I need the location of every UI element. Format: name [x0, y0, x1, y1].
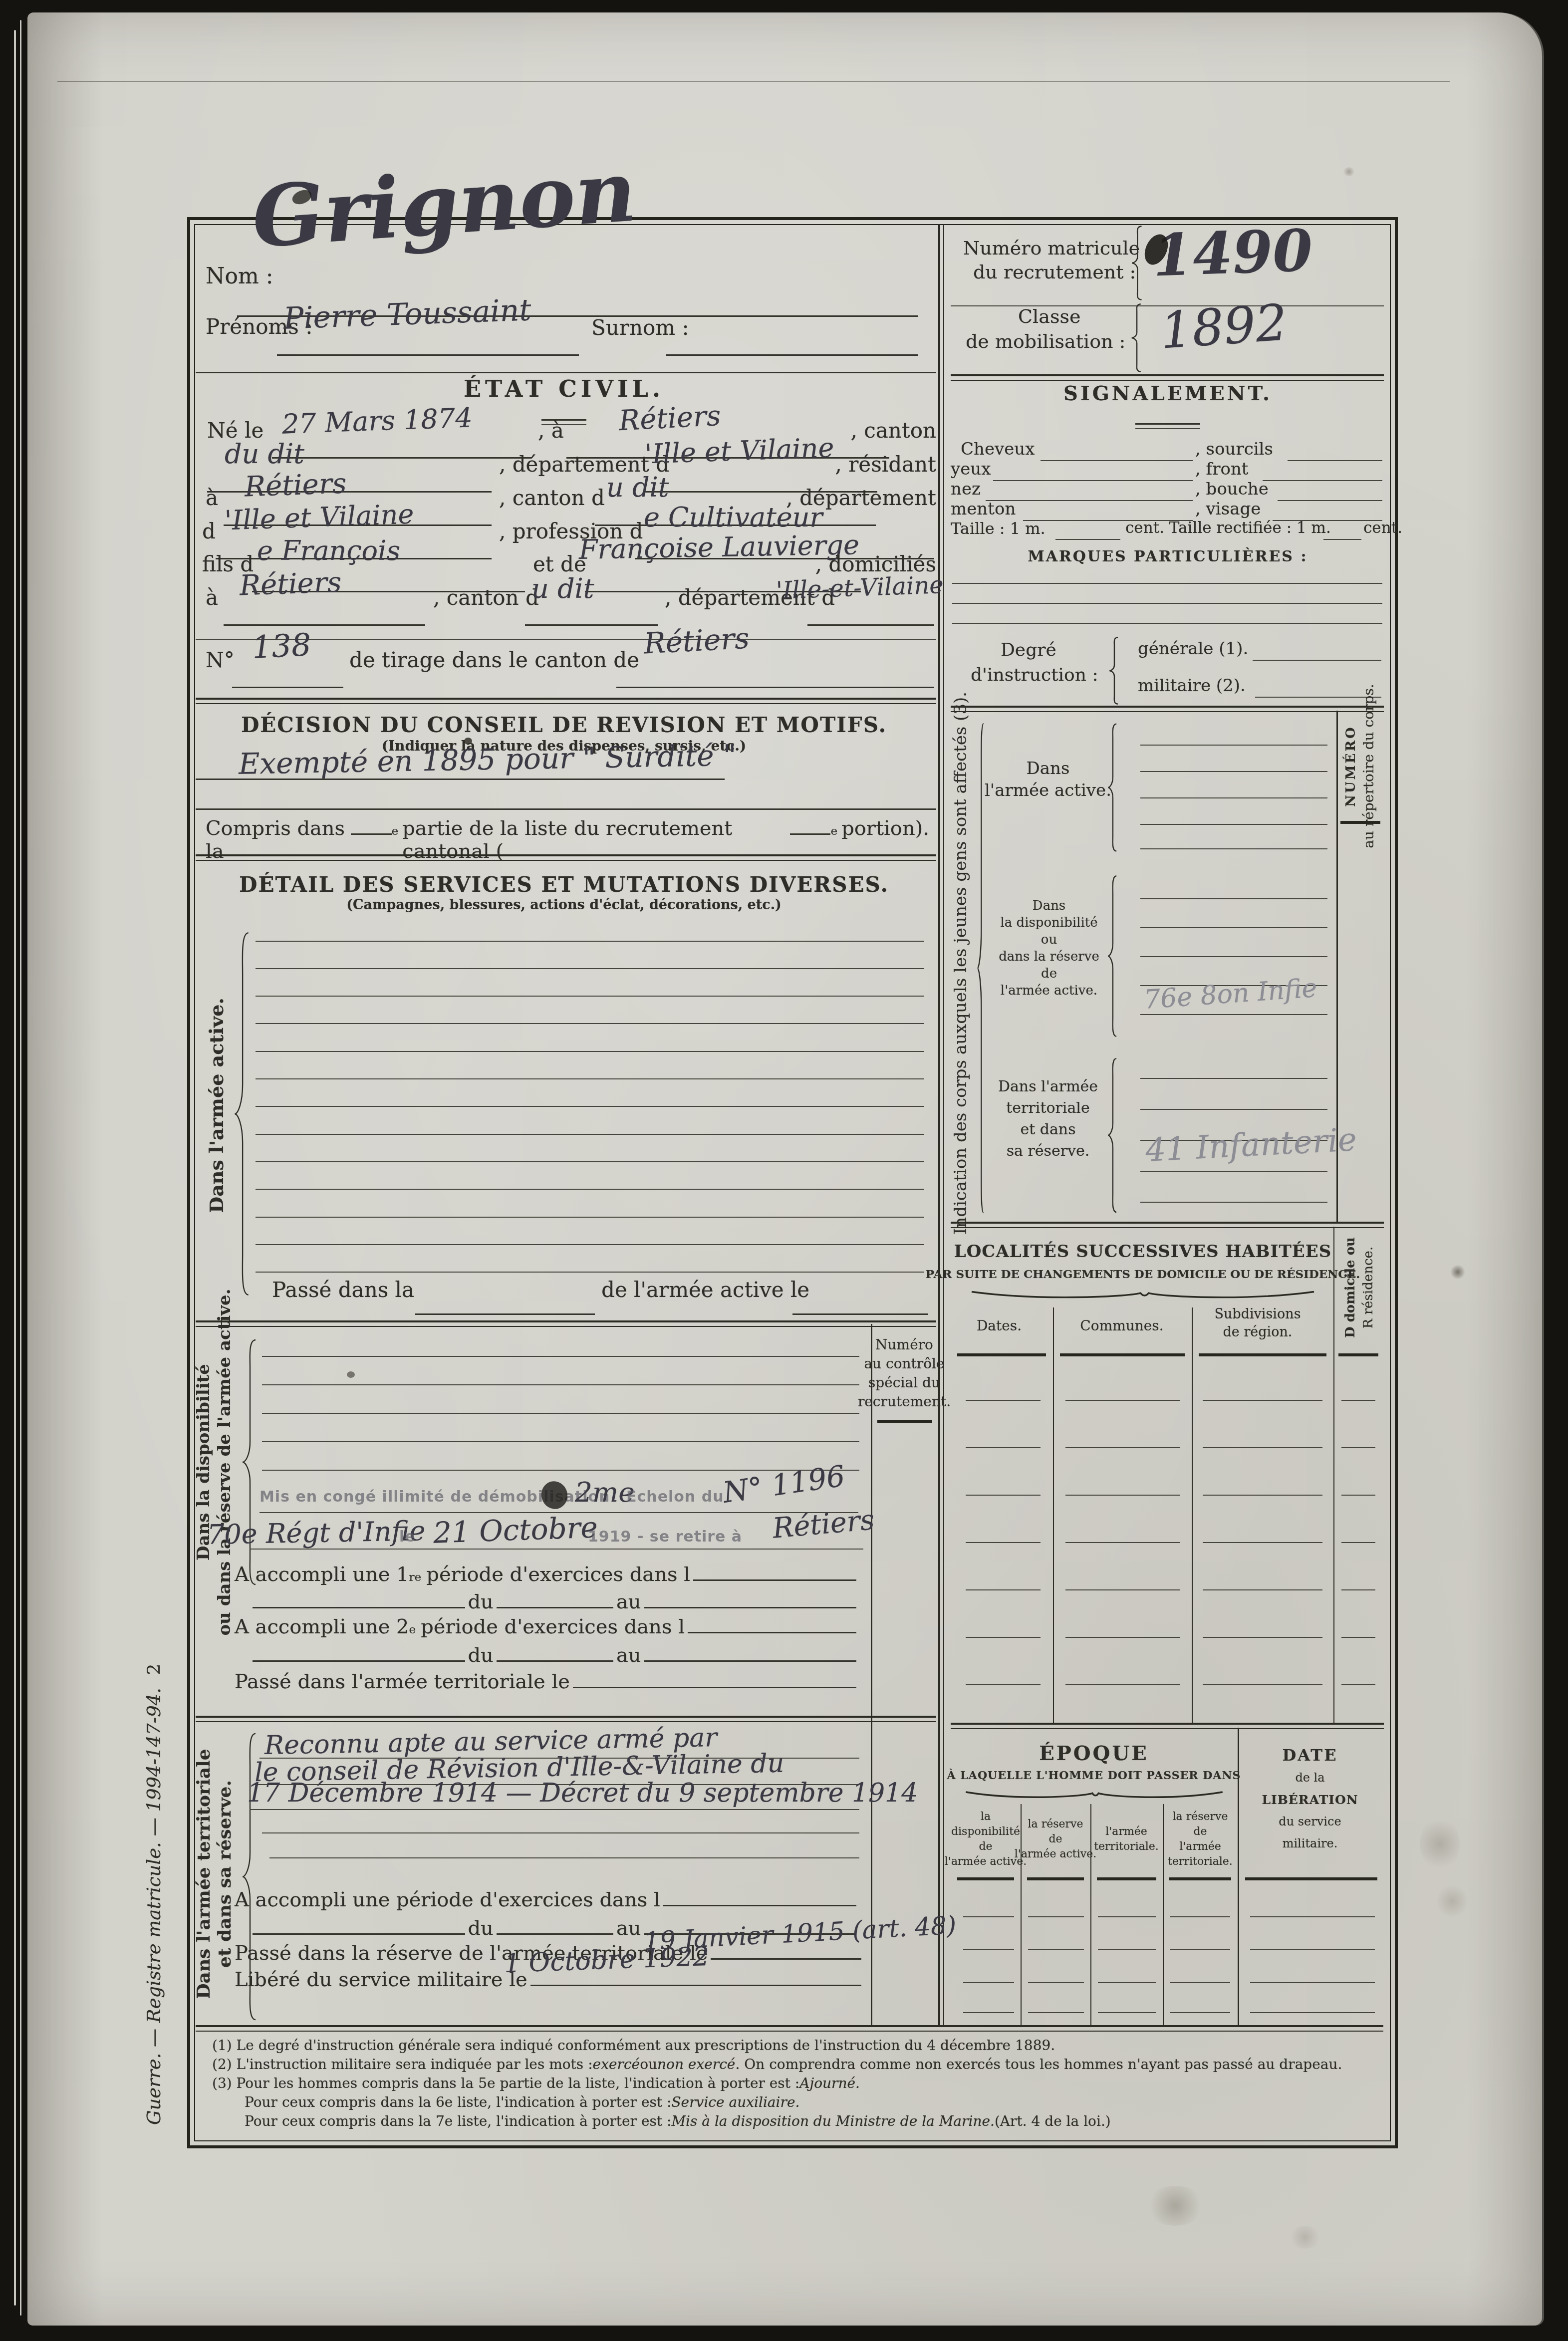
canton-value: u dit: [531, 573, 594, 604]
epoque-col1-header: disponibilité: [951, 1825, 1020, 1838]
blank-line: [497, 1640, 613, 1662]
corps-dispo-label: de: [1041, 966, 1057, 981]
double-rule: [196, 2025, 1383, 2032]
footnote-2-text: . On comprendra comme non exercés tous l…: [735, 2056, 1342, 2073]
epoque-col2-header: l'armée active.: [1015, 1848, 1096, 1860]
heavy-rule: [1245, 1877, 1377, 1880]
double-rule: [951, 706, 1384, 712]
ink-speck: [347, 1371, 355, 1378]
footnote-5-text: (Art. 4 de la loi.): [995, 2113, 1111, 2129]
nom-label: Nom :: [206, 263, 273, 289]
classe-label2: de mobilisation :: [966, 330, 1125, 352]
domicile-value: Rétiers: [239, 566, 342, 602]
corps-active-label1: Dans: [1027, 759, 1070, 779]
rule: [1170, 1916, 1230, 1917]
rule: [1065, 1589, 1180, 1590]
rule: [966, 1542, 1041, 1543]
rule: [1140, 1109, 1327, 1110]
periode2-row: A accompli une 2e période d'exercices da…: [235, 1612, 859, 1638]
epoque-col4-header: la réserve: [1173, 1811, 1228, 1823]
footnote-3-text: (3) Pour les hommes compris dans la 5e p…: [212, 2075, 799, 2091]
rule: [1140, 848, 1327, 849]
thin-brace-icon: [974, 719, 985, 1218]
footnote-2: (2) L'instruction militaire sera indiqué…: [212, 2056, 1342, 2073]
rule: [1065, 1542, 1180, 1543]
au-label: au: [616, 1590, 641, 1613]
blank-line: [790, 813, 831, 835]
rule: [1288, 460, 1382, 461]
rule: [1323, 539, 1361, 540]
services-title: DÉTAIL DES SERVICES ET MUTATIONS DIVERSE…: [239, 872, 889, 897]
rule: [1203, 1637, 1322, 1638]
rule: [415, 1313, 595, 1315]
degre-label1: Degré: [1001, 640, 1056, 660]
rule: [963, 1982, 1014, 1983]
signalement-title: SIGNALEMENT.: [1063, 382, 1272, 405]
footnote-3: (3) Pour les hommes compris dans la 5e p…: [212, 2075, 860, 2091]
rule: [1250, 2012, 1375, 2013]
rule: [807, 624, 934, 626]
rule: [256, 1161, 924, 1162]
rule: [1341, 1684, 1375, 1685]
rule: [1028, 1982, 1084, 1983]
heavy-rule: [1340, 821, 1380, 824]
generale-label: générale (1).: [1138, 639, 1248, 659]
rule: [1028, 2012, 1084, 2013]
blank-line: [573, 1667, 856, 1688]
rule: [616, 687, 934, 688]
rule: [1341, 1542, 1375, 1543]
nez-label: nez: [951, 479, 981, 499]
blank-line: [688, 1612, 856, 1633]
rule: [1278, 500, 1382, 501]
footnote-4: Pour ceux compris dans la 6e liste, l'in…: [245, 2094, 799, 2110]
col-subdivisions-header2: de région.: [1223, 1324, 1293, 1340]
rule: [256, 1189, 924, 1190]
controle-header3: spécial du: [868, 1374, 940, 1391]
epoque-col4-header: l'armée: [1179, 1840, 1221, 1853]
scanned-register-page: Guerre. — Registre matricule. — 1994-147…: [0, 0, 1568, 2341]
rule: [1170, 1982, 1230, 1983]
footnote-2-text: (2) L'instruction militaire sera indiqué…: [212, 2056, 593, 2073]
au-label: au: [616, 1644, 641, 1667]
territoriale-vertical-label2: et dans sa réserve.: [214, 1780, 235, 1968]
periode2-text: A accompli une 2: [235, 1615, 409, 1638]
curly-brace-icon: [231, 929, 252, 1299]
double-rule: [196, 1716, 936, 1722]
canton-value: u dit: [606, 472, 669, 503]
blank-line: [644, 1587, 857, 1608]
tirage-numero-value: 138: [251, 626, 312, 666]
matricule-label2: du recrutement :: [973, 261, 1136, 283]
rule: [232, 687, 343, 688]
column-divider: [938, 224, 940, 2026]
corps-dispo-label: Dans: [1033, 898, 1065, 913]
tirage-text: de tirage dans le canton de: [349, 648, 639, 672]
disponibilite-vertical-label2: ou dans la réserve de l'armée active.: [215, 1289, 235, 1635]
heavy-rule: [1060, 1353, 1185, 1356]
epoque-col4-header: territoriale.: [1168, 1855, 1233, 1868]
echelon-value: 2me: [575, 1476, 635, 1508]
rule: [1065, 1637, 1180, 1638]
stain: [1437, 1884, 1467, 1919]
table-divider: [1192, 1307, 1193, 1723]
rule: [1140, 1078, 1327, 1079]
blank-line: [253, 1587, 465, 1608]
d-label: d: [202, 519, 216, 543]
rule: [224, 624, 425, 626]
periode2-text2: période d'exercices dans l: [421, 1615, 685, 1638]
rule: [272, 457, 531, 459]
rule: [1098, 1916, 1156, 1917]
rule: [1140, 956, 1327, 957]
epoque-col2-header: la réserve: [1028, 1818, 1083, 1830]
controle-header4: recrutement.: [858, 1393, 951, 1410]
passe-armee-active-label2: de l'armée active le: [601, 1278, 809, 1302]
rule: [1263, 480, 1382, 481]
double-rule: [196, 1320, 936, 1327]
rule: [196, 372, 936, 373]
rule: [1140, 927, 1327, 928]
stain: [1342, 167, 1355, 176]
rule: [1203, 1447, 1322, 1448]
a-label: , à: [538, 418, 564, 443]
rule: [1140, 1014, 1327, 1015]
retire-stamp: 1919 - se retire à: [588, 1528, 742, 1546]
book-page-edge: [20, 20, 21, 2316]
cheveux-label: Cheveux: [961, 439, 1035, 459]
au-label: au: [616, 1917, 641, 1940]
controle-header2: au contrôle: [864, 1355, 944, 1372]
corps-terr-label: Dans l'armée: [998, 1078, 1098, 1095]
epoque-col2-header: de: [1048, 1833, 1062, 1845]
swash-brace-icon: [963, 1789, 1225, 1801]
rule: [993, 480, 1193, 481]
visage-label: , visage: [1195, 499, 1261, 519]
armee-active-vertical-label: Dans l'armée active.: [205, 998, 228, 1213]
rule: [952, 603, 1382, 604]
canton-label: , canton: [850, 418, 936, 443]
heavy-rule: [877, 1420, 932, 1423]
du-au-row: du au: [250, 1640, 859, 1667]
rule: [1065, 1684, 1180, 1685]
rule: [963, 2012, 1014, 2013]
footnote-2-italic: non exercé: [657, 2056, 735, 2073]
canton-label: , canton d: [433, 585, 539, 610]
reconnu-apte-line3: 17 Décembre 1914 — Décret du 9 septembre…: [247, 1778, 918, 1808]
corps-terr-label: et dans: [1020, 1121, 1075, 1138]
table-divider: [1053, 1307, 1054, 1723]
footnote-5-italic: Mis à la disposition du Ministre de la M…: [671, 2113, 995, 2129]
residence-value: Rétiers: [244, 467, 347, 503]
curly-brace-icon: [1129, 226, 1144, 300]
rule: [1203, 1495, 1322, 1496]
domicile-residence-label1: D domicile ou: [1343, 1237, 1358, 1338]
epoque-subtitle: À LAQUELLE L'HOMME DOIT PASSER DANS: [947, 1769, 1241, 1782]
blank-line: [351, 813, 392, 835]
etat-civil-title: ÉTAT CIVIL.: [464, 375, 664, 402]
rule: [256, 1244, 924, 1245]
rule: [196, 779, 725, 780]
double-rule: [196, 854, 936, 861]
rule: [1341, 1495, 1375, 1496]
footnote-5: Pour ceux compris dans la 7e liste, l'in…: [245, 2113, 1111, 2129]
rule: [1250, 1949, 1375, 1950]
rule: [256, 1023, 924, 1024]
blank-line: [497, 1587, 613, 1608]
page-top-rule: [57, 81, 1450, 82]
rule: [256, 1217, 924, 1218]
heavy-rule: [1169, 1877, 1231, 1880]
sup-e: e: [409, 1623, 416, 1636]
blank-line: [693, 1560, 856, 1581]
degre-label2: d'instruction :: [971, 665, 1098, 685]
epoque-col1-header: la: [981, 1811, 991, 1823]
column-divider-inner: [943, 224, 944, 2026]
margin-imprint: Guerre. — Registre matricule. — 1994-147…: [143, 1688, 165, 2125]
rule: [1341, 1637, 1375, 1638]
book-page-edge: [14, 30, 16, 2306]
periode-label: A accompli une période d'exercices dans …: [235, 1888, 660, 1911]
title-underline: [1135, 423, 1200, 425]
blank-line: [663, 1885, 856, 1906]
tirage-canton-value: Rétiers: [643, 621, 750, 661]
du-au-row: du au: [250, 1587, 859, 1613]
compris-text3: portion).: [841, 817, 929, 840]
rule: [262, 1441, 859, 1442]
blank-line: [253, 1640, 465, 1662]
rule: [1065, 1400, 1180, 1401]
localites-title: LOCALITÉS SUCCESSIVES HABITÉES: [954, 1242, 1331, 1262]
double-rule: [951, 1723, 1384, 1729]
rule: [1140, 824, 1327, 825]
rule: [1140, 771, 1327, 772]
pere-value: e François: [257, 535, 400, 566]
heavy-rule: [1338, 1353, 1378, 1356]
rule: [1098, 2012, 1156, 2013]
footnote-1: (1) Le degré d'instruction générale sera…: [212, 2037, 1055, 2054]
blank-line: [253, 1913, 465, 1935]
rule: [1203, 1684, 1322, 1685]
rule: [256, 968, 924, 969]
footnote-5-text: Pour ceux compris dans la 7e liste, l'in…: [245, 2113, 671, 2129]
margin-page-number: 2: [144, 1664, 164, 1675]
rule: [262, 1384, 859, 1385]
territoriale-vertical-label1: Dans l'armée territoriale: [193, 1749, 214, 1999]
corps-terr-label: territoriale: [1006, 1099, 1089, 1117]
periode-territoriale-row: A accompli une période d'exercices dans …: [235, 1885, 859, 1911]
stain: [1420, 1817, 1460, 1871]
date-liberation-header: militaire.: [1283, 1836, 1338, 1850]
table-divider: [1090, 1804, 1091, 2025]
date-liberation-header: DATE: [1282, 1746, 1337, 1765]
rule: [1250, 1916, 1375, 1917]
corps-dispo-label: dans la réserve: [999, 949, 1099, 964]
canton-value: du dit: [225, 438, 304, 470]
curly-brace-icon: [1107, 637, 1120, 705]
rule: [792, 1313, 928, 1315]
rule: [952, 583, 1382, 584]
periode1-text: A accompli une 1: [235, 1563, 409, 1586]
rule: [963, 1949, 1014, 1950]
footnote-2-text: ou: [640, 2056, 657, 2073]
double-rule: [196, 698, 936, 704]
rule: [256, 1272, 924, 1273]
table-divider: [1333, 1227, 1334, 1723]
birth-place-value: Rétiers: [618, 400, 721, 438]
profession-value: e Cultivateur: [644, 502, 822, 533]
rule: [1170, 1949, 1230, 1950]
rule: [525, 624, 658, 626]
menton-label: menton: [951, 499, 1016, 519]
taille-label3: cent.: [1363, 519, 1402, 537]
front-label: , front: [1195, 459, 1248, 479]
rule: [1028, 1949, 1084, 1950]
sourcils-label: , sourcils: [1195, 439, 1273, 459]
epoque-col3-header: territoriale.: [1094, 1840, 1159, 1853]
footnote-4-italic: Service auxiliaire.: [671, 2094, 799, 2110]
decision-title: DÉCISION DU CONSEIL DE REVISION ET MOTIF…: [241, 713, 887, 737]
rule: [256, 1134, 924, 1135]
date-liberation-header: de la: [1295, 1771, 1324, 1785]
col-communes-header: Communes.: [1080, 1317, 1163, 1334]
canton-label: , canton d: [499, 486, 605, 510]
swash-brace-icon: [968, 1289, 1317, 1301]
curly-brace-icon: [1105, 723, 1118, 852]
rule: [262, 1832, 859, 1833]
rule: [1203, 1589, 1322, 1590]
table-divider: [1021, 1804, 1022, 2025]
rule: [1140, 1202, 1327, 1203]
localites-subtitle: PAR SUITE DE CHANGEMENTS DE DOMICILE OU …: [926, 1268, 1360, 1281]
rule: [1140, 898, 1327, 899]
du-label: du: [468, 1590, 494, 1613]
table-divider: [1163, 1804, 1164, 2025]
date-liberation-header: du service: [1279, 1815, 1341, 1828]
blank-line: [497, 1913, 613, 1935]
rule: [1341, 1589, 1375, 1590]
date-liberation-header: LIBÉRATION: [1262, 1793, 1358, 1807]
curly-brace-icon: [1105, 874, 1118, 1038]
rule: [1140, 745, 1327, 746]
classe-label: Classe: [1018, 305, 1080, 327]
rule: [1055, 539, 1120, 540]
rule: [1098, 1982, 1156, 1983]
bouche-label: , bouche: [1195, 479, 1269, 499]
periode1-row: A accompli une 1re période d'exercices d…: [235, 1560, 859, 1586]
le-stamp: le: [399, 1528, 416, 1546]
repertoire-header1: NUMÉRO: [1343, 725, 1358, 806]
controle-header1: Numéro: [875, 1336, 933, 1353]
footnote-4-text: Pour ceux compris dans la 6e liste, l'in…: [245, 2094, 671, 2110]
classe-value: 1892: [1158, 293, 1289, 360]
matricule-label: Numéro matricule: [963, 237, 1140, 259]
corps-dispo-label: l'armée active.: [1001, 983, 1097, 998]
corps-dispo-label: la disponibilité: [1000, 915, 1097, 930]
rule: [966, 1684, 1041, 1685]
rule: [666, 354, 918, 356]
stain: [1450, 1265, 1466, 1279]
du-label: du: [468, 1644, 494, 1667]
rule: [1041, 460, 1193, 461]
rule: [966, 1447, 1041, 1448]
footnote-3-italic: Ajourné.: [799, 2075, 860, 2091]
curly-brace-icon: [1105, 1057, 1118, 1214]
epoque-col3-header: l'armée: [1105, 1825, 1147, 1838]
rule: [1253, 660, 1381, 661]
heavy-rule: [957, 1877, 1014, 1880]
yeux-label: yeux: [951, 459, 991, 479]
passe-territoriale-row: Passé dans l'armée territoriale le: [235, 1667, 859, 1693]
rule: [1341, 1400, 1375, 1401]
rule: [1203, 1400, 1322, 1401]
rule: [966, 1400, 1041, 1401]
departement-value: 'Ille et Vilaine: [644, 432, 834, 470]
echelon-stamp: Echelon du: [626, 1488, 724, 1506]
matricule-value: 1490: [1152, 217, 1314, 289]
libere-label: Libéré du service militaire le: [235, 1968, 527, 1991]
indication-corps-vertical-label: Indication des corps auxquels les jeunes…: [951, 692, 971, 1235]
departement-value: 'Ille-et-Vilaine: [776, 571, 944, 605]
sup-e: e: [392, 824, 399, 838]
rule: [269, 1857, 859, 1858]
stain: [1288, 2226, 1322, 2249]
rule: [256, 1078, 924, 1079]
col-dates-header: Dates.: [977, 1317, 1022, 1334]
rule: [256, 941, 924, 942]
surnom-label: Surnom :: [591, 315, 689, 340]
passe-armee-active-label1: Passé dans la: [272, 1278, 414, 1302]
passe-territoriale-label: Passé dans l'armée territoriale le: [235, 1670, 570, 1693]
rule: [1065, 1447, 1180, 1448]
rule: [1098, 1949, 1156, 1950]
domicile-residence-label2: R résidence.: [1361, 1247, 1376, 1328]
corps-terr-label: sa réserve.: [1007, 1142, 1090, 1160]
blank-line: [644, 1640, 857, 1662]
rule: [262, 1356, 859, 1357]
rule: [963, 1916, 1014, 1917]
taille-label2: cent. Taille rectifiée : 1 m.: [1125, 519, 1331, 537]
tirage-numero-label: N°: [206, 648, 235, 672]
corps-active-label2: l'armée active.: [985, 780, 1111, 800]
footnote-2-italic: exercé: [593, 2056, 640, 2073]
militaire-label: militaire (2).: [1138, 676, 1246, 696]
rule: [256, 996, 924, 997]
rule: [1140, 797, 1327, 798]
epoque-col4-header: de: [1193, 1825, 1207, 1838]
departement-value: 'Ille et Vilaine: [224, 498, 414, 536]
rule: [250, 1809, 859, 1810]
rule: [262, 1413, 859, 1414]
rule: [1065, 1495, 1180, 1496]
rule: [1250, 1982, 1375, 1983]
corps-dispo-label: ou: [1041, 932, 1057, 947]
epoque-title: ÉPOQUE: [1039, 1742, 1149, 1765]
du-label: du: [468, 1917, 494, 1940]
sup-re: re: [409, 1570, 422, 1584]
periode1-text2: période d'exercices dans l: [426, 1563, 690, 1586]
rule: [256, 1051, 924, 1052]
double-rule: [951, 1222, 1384, 1228]
date-conge-value: 21 Octobre: [433, 1510, 598, 1550]
heavy-rule: [957, 1353, 1046, 1356]
rule: [250, 1549, 863, 1550]
rule: [966, 1495, 1041, 1496]
rule: [966, 1589, 1041, 1590]
heavy-rule: [1097, 1877, 1156, 1880]
heavy-rule: [1027, 1877, 1084, 1880]
rule: [256, 1106, 924, 1107]
